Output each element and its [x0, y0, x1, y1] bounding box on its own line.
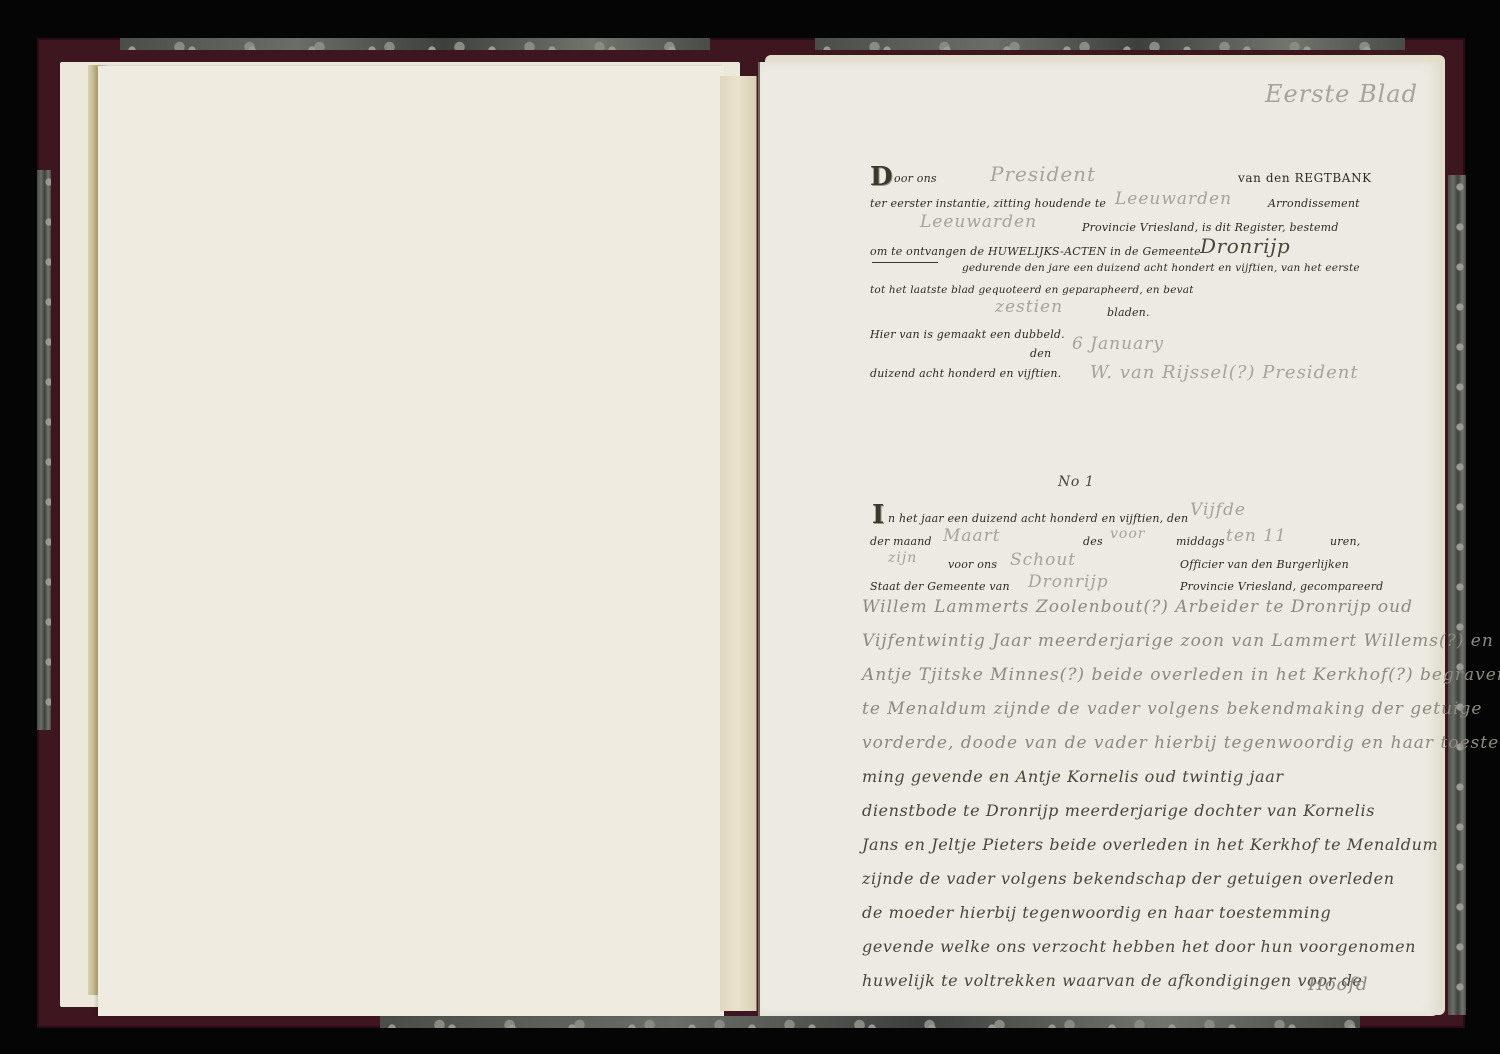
dropcap-d: D: [870, 162, 893, 192]
header-line4-pre: om te ontvangen de HUWELIJKS-ACTEN in de…: [870, 245, 1201, 258]
fill-arrondissement: Leeuwarden: [920, 212, 1037, 232]
fill-gemeente: Dronrijp: [1200, 234, 1290, 258]
handwritten-line: vorderde, doode van de vader hierbij teg…: [862, 733, 1500, 753]
handwritten-line: huwelijk te voltrekken waarvan de afkond…: [862, 971, 1362, 990]
header-line2-pre: ter eerster instantie, zitting houdende …: [870, 197, 1106, 210]
left-page-blank: [98, 66, 724, 1016]
catchword: Hoofd: [1308, 974, 1369, 995]
header-line7-post: bladen.: [1107, 306, 1150, 319]
fill-time: voor: [1110, 526, 1145, 542]
handwritten-line: Antje Tjitske Minnes(?) beide overleden …: [862, 665, 1500, 685]
header-line6: tot het laatste blad gequoteerd en gepar…: [870, 284, 1194, 296]
act-line4-post: Provincie Vriesland, gecompareerd: [1180, 580, 1383, 593]
act-line2-post-pre: middags: [1176, 535, 1225, 548]
act-line2-post: uren,: [1330, 535, 1360, 548]
act-line2-pre: der maand: [870, 535, 932, 548]
dropcap-i: I: [872, 500, 884, 530]
header-rule: [872, 262, 938, 263]
handwritten-line: dienstbode te Dronrijp meerderjarige doc…: [862, 801, 1375, 820]
header-line1-post: van den REGTBANK: [1238, 171, 1372, 185]
header-line9-pre: den: [1030, 347, 1051, 360]
fill-month: Maart: [943, 526, 1001, 546]
fill-city: Leeuwarden: [1115, 189, 1232, 209]
act-line3-mid: voor ons: [948, 558, 997, 571]
page-annotation: Eerste Blad: [1265, 80, 1418, 108]
handwritten-line: zijnde de vader volgens bekendschap der …: [862, 869, 1395, 888]
marbled-board-top-right: [815, 38, 1405, 50]
fill-municipality: Dronrijp: [1028, 572, 1109, 592]
fill-president: President: [990, 162, 1096, 186]
handwritten-line: Vijfentwintig Jaar meerderjarige zoon va…: [862, 631, 1494, 651]
fill-hour: ten 11: [1226, 526, 1287, 546]
handwritten-line: de moeder hierbij tegenwoordig en haar t…: [862, 903, 1331, 922]
header-line3-post: Provincie Vriesland, is dit Register, be…: [1082, 221, 1339, 234]
marbled-board-right: [1448, 175, 1466, 1015]
act-line4-pre: Staat der Gemeente van: [870, 580, 1010, 593]
fill-day: Vijfde: [1190, 500, 1246, 520]
header-line10: duizend acht honderd en vijftien.: [870, 367, 1061, 380]
handwritten-line: gevende welke ons verzocht hebben het do…: [862, 937, 1416, 956]
right-page: Eerste Blad D oor ons President van den …: [758, 62, 1440, 1016]
fill-page-count: zestien: [995, 297, 1063, 317]
act-line2-mid: des: [1083, 535, 1103, 548]
header-line5: gedurende den jare een duizend acht hond…: [962, 262, 1360, 274]
header-line8: Hier van is gemaakt een dubbeld.: [870, 328, 1065, 341]
marbled-board-bottom: [380, 1016, 1360, 1028]
act-line1-pre: n het jaar een duizend acht honderd en v…: [888, 512, 1188, 525]
marbled-board-left: [37, 170, 51, 730]
header-line1-pre: oor ons: [894, 172, 937, 185]
fill-official: Schout: [1010, 550, 1076, 570]
binding-gutter-strip: [720, 76, 757, 1011]
fill-zijn: zijn: [888, 550, 917, 566]
marbled-board-top-left: [120, 38, 710, 50]
act-number: No 1: [1058, 474, 1094, 490]
fill-date: 6 January: [1072, 334, 1164, 354]
handwritten-line: Willem Lammerts Zoolenbout(?) Arbeider t…: [862, 597, 1413, 617]
act-line3-post: Officier van den Burgerlijken: [1180, 558, 1349, 571]
handwritten-line: Jans en Jeltje Pieters beide overleden i…: [862, 835, 1438, 854]
handwritten-line: te Menaldum zijnde de vader volgens beke…: [862, 699, 1482, 719]
handwritten-line: ming gevende en Antje Kornelis oud twint…: [862, 767, 1284, 786]
president-signature: W. van Rijssel(?) President: [1090, 362, 1359, 383]
header-line2-post: Arrondissement: [1268, 197, 1360, 210]
